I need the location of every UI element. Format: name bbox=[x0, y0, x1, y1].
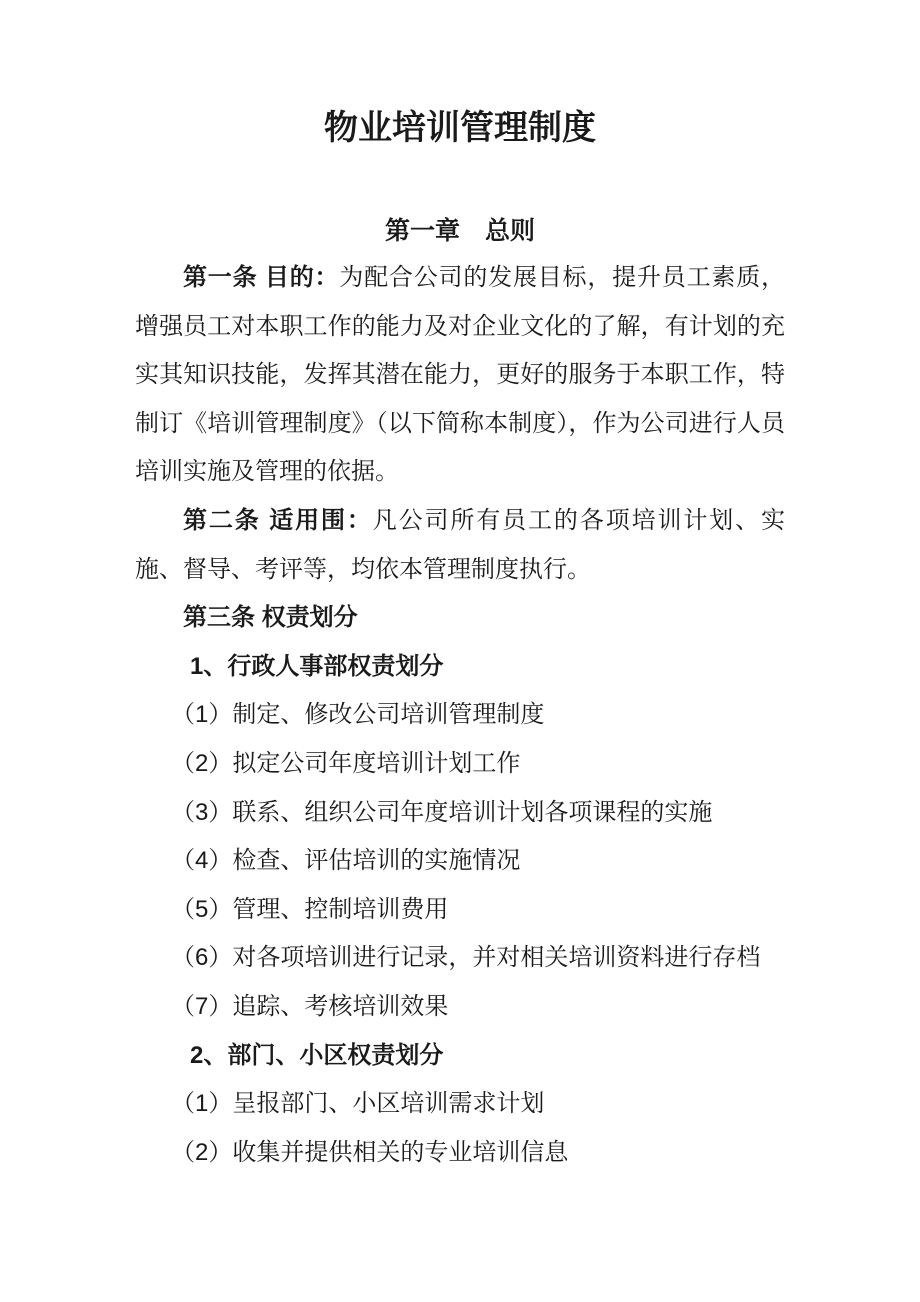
chapter-heading: 第一章 总则 bbox=[135, 213, 785, 249]
article-2-paragraph: 第二条 适用围：凡公司所有员工的各项培训计划、实施、督导、考评等，均依本管理制度… bbox=[135, 497, 785, 594]
document-title: 物业培训管理制度 bbox=[135, 103, 785, 153]
list-item: （5）管理、控制培训费用 bbox=[135, 886, 785, 935]
document-body: 第一条 目的：为配合公司的发展目标，提升员工素质，增强员工对本职工作的能力及对企… bbox=[135, 254, 785, 1177]
list-item: （2）收集并提供相关的专业培训信息 bbox=[135, 1129, 785, 1178]
list-item: （6）对各项培训进行记录，并对相关培训资料进行存档 bbox=[135, 934, 785, 983]
list-item: （7）追踪、考核培训效果 bbox=[135, 983, 785, 1032]
document-page: 物业培训管理制度 第一章 总则 第一条 目的：为配合公司的发展目标，提升员工素质… bbox=[0, 0, 920, 1302]
article-1-paragraph: 第一条 目的：为配合公司的发展目标，提升员工素质，增强员工对本职工作的能力及对企… bbox=[135, 254, 785, 497]
article-1-text: 为配合公司的发展目标，提升员工素质，增强员工对本职工作的能力及对企业文化的了解，… bbox=[135, 264, 785, 485]
list-item: （1）制定、修改公司培训管理制度 bbox=[135, 691, 785, 740]
article-3-heading: 第三条 权责划分 bbox=[135, 594, 785, 643]
list-item: （2）拟定公司年度培训计划工作 bbox=[135, 740, 785, 789]
article-1-label: 第一条 目的： bbox=[183, 264, 339, 291]
list-item: （1）呈报部门、小区培训需求计划 bbox=[135, 1080, 785, 1129]
article-2-label: 第二条 适用围： bbox=[183, 507, 373, 534]
list-item: （4）检查、评估培训的实施情况 bbox=[135, 837, 785, 886]
section-2-heading: 2、部门、小区权责划分 bbox=[135, 1032, 785, 1081]
list-item: （3）联系、组织公司年度培训计划各项课程的实施 bbox=[135, 789, 785, 838]
section-1-heading: 1、行政人事部权责划分 bbox=[135, 643, 785, 692]
